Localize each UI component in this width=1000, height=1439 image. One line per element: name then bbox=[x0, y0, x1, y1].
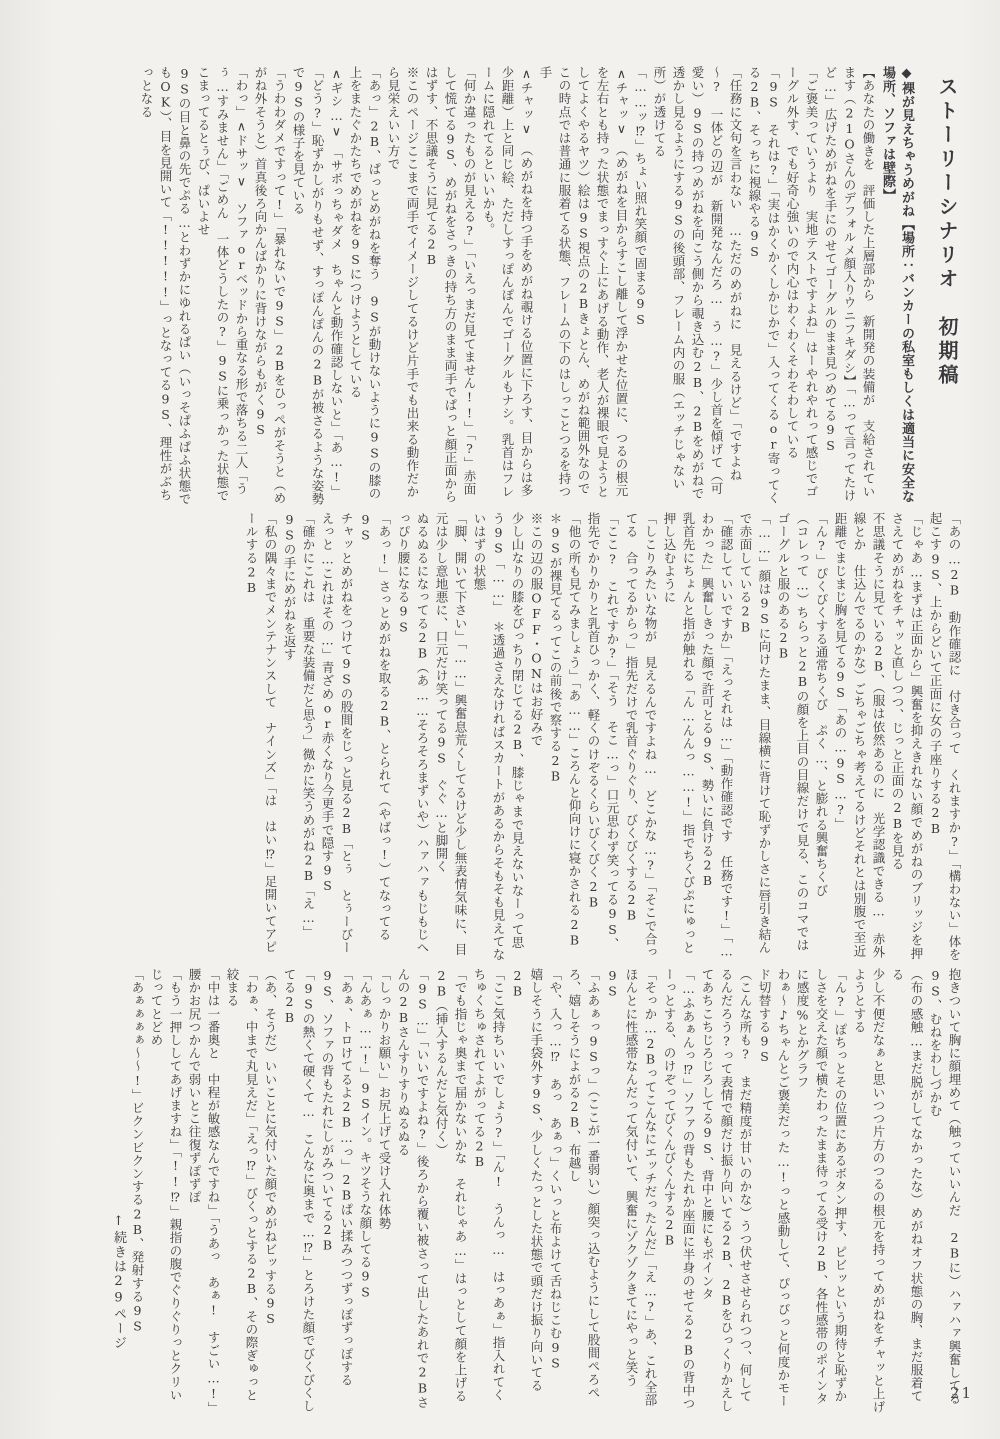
paragraph: 「あの…2B 動作確認に 付き合って くれますか?」「構わない」体を起こす9S、… bbox=[926, 512, 964, 962]
continuation-note: ↑続きは29ページ bbox=[109, 968, 128, 1414]
paragraph: 【あなたの働きを 評価した上層部から 新開発の装備が 支給されています（21Oさ… bbox=[821, 66, 878, 506]
paragraph: 少し不便だなぁと思いつつ片方のつるの根元を持ってめがねをチャッと上げようとする bbox=[850, 968, 888, 1414]
paragraph: 「あぁぁぁぁ～～!」ビクンビクンする2B、発射する9S bbox=[128, 968, 147, 1414]
text-band-1: ストーリーシナリオ 初期稿 ◆裸が見えちゃうめがね【場所：バンカーの私室もしくは… bbox=[72, 66, 964, 506]
paragraph: 嬉しそうに手袋外す9S、少しくたっとした状態で頭だけ振り向いてる2B bbox=[508, 968, 546, 1414]
paragraph: 「どう?」恥ずかしがりもせず、すっぽんぽんの2Bが被さるような姿勢で9Sの様子を… bbox=[289, 66, 327, 506]
page-number: 21 bbox=[950, 1384, 973, 1402]
paragraph: 「や、入っ…⁉ あっ あぁっ」くいっと布よけて舌ねじこむ9S bbox=[546, 968, 565, 1414]
paragraph: 「確認していいですか」「えっそれは…」「動作確認です 任務です!」「…わかった」… bbox=[698, 512, 736, 962]
paragraph: ※この辺の服OFF・ONはお好みで bbox=[527, 512, 546, 962]
paragraph: 「わっ」∧ドサッ∨ ソファorベッドから重なる形で落ちる二人「うぅ…すみません」… bbox=[194, 66, 251, 506]
paragraph: 「他の所も見てみましょう」「あ……」ころんと仰向けに寝かされる2B ＊9Sが裸見… bbox=[546, 512, 584, 962]
paragraph: 「9S それは?」「実はかくかくしかじかで」入ってくるor寄ってくる2B、そっち… bbox=[745, 66, 783, 506]
paragraph: 「もう一押ししてあげますね」「!!⁉」親指の腹でぐりぐりっとクリいじってとどめ bbox=[147, 968, 185, 1414]
paragraph: 「9S…」「いいですよね?」後ろから覆い被さって出したあれで2Bさんの2Bさんす… bbox=[394, 968, 432, 1414]
paragraph: 「……」顔は9Sに向けたまま、目線横に背けて恥ずかしさに唇引き結んで赤面している… bbox=[736, 512, 774, 962]
paragraph: 「でも指じゃ奥まで届かないかな それじゃあ…」はっとして顔を上げる2B（挿入する… bbox=[432, 968, 470, 1414]
document-page: ストーリーシナリオ 初期稿 ◆裸が見えちゃうめがね【場所：バンカーの私室もしくは… bbox=[0, 0, 1000, 1439]
paragraph: 「確かにこれは 重要な装備だと思う」微かに笑うめがね2B「え…」9Sの手にめがね… bbox=[280, 512, 318, 962]
paragraph: 「しこりみたいな物が 見えるんですよね… どこかな…?」「そこで合ってる 合って… bbox=[622, 512, 660, 962]
paragraph: 「そっか…2Bってこんなにエッチだったんだ」「え…?」あ、これ全部ほんとに性感帯… bbox=[603, 968, 660, 1414]
paragraph: ∧チャッ∨ （めがねを持つ手をめがね覗ける位置に下ろす、目からは多少距離）上と同… bbox=[479, 66, 536, 506]
text-band-2: 「あの…2B 動作確認に 付き合って くれますか?」「構わない」体を起こす9S、… bbox=[72, 512, 964, 962]
paragraph: わぁ～♪ちゃんとご褒美だった…!っと感動して、ぴっぴっと何度かモード切替する9S bbox=[755, 968, 793, 1414]
paragraph: （こんな所も? まだ精度が甘いのかな）うつ伏せさせられつつ、何してるんだろう?っ… bbox=[698, 968, 755, 1414]
paragraph: （布の感触…まだ脱がしてなかったな）めがねオフ状態の胸、まだ服着てる bbox=[888, 968, 926, 1414]
text-band-3: 抱きついて胸に顔埋めて（触っていいんだ 2Bに）ハァハァ興奮してる9S、むねをわ… bbox=[54, 968, 964, 1414]
paragraph: 「ふあぁっ9Sっ」（ここが一番弱い）顔突っ込むようにして股間ぺろぺろ、嬉しそうに… bbox=[565, 968, 603, 1414]
paragraph: 「ご褒美っていうより 実地テストですよね」はーやれやれって感じでゴーグル外す、で… bbox=[783, 66, 821, 506]
paragraph: 「うわわダメですって!」「暴れないで9S」2Bをひっぺがそうと（めがね外そうと）… bbox=[251, 66, 289, 506]
paragraph: 「9Sの熱くて硬くて… こんなに奥まで…⁉」とろけた顔でびくびくしてる2B bbox=[280, 968, 318, 1414]
paragraph: （コレって…）ちらっと2Bの顔を上目の目線だけで見る、このコマではゴーグルと服の… bbox=[774, 512, 812, 962]
paragraph: 少し山なりの膝をぴっちり閉じてる2B、膝じゃまで見えないなーって思う9S「……」… bbox=[470, 512, 527, 962]
paragraph: 「ここ気持ちいいでしょう?」「ん! うんっ… はっあぁ」指入れてくちゅくちゅされ… bbox=[470, 968, 508, 1414]
paragraph: チャッとめがねをつけて9Sの股間をじっと見る2B「とぅ とぅーびー えっと…これ… bbox=[318, 512, 356, 962]
paragraph: 「脚、開いて下さい」「……」興奮息荒くしてるけど少し無表情気味に、目元は少し意地… bbox=[432, 512, 470, 962]
paragraph: 不思議そうに見ている2B、（服は依然あるのに 光学認識できる… 赤外線とか 仕込… bbox=[831, 512, 888, 962]
page-title: ストーリーシナリオ 初期稿 bbox=[930, 66, 964, 506]
paragraph: 「…ふあぁんっ⁉」ソファの背もたれか座面に半身のせてる2Bの背中つーっとする、の… bbox=[660, 968, 698, 1414]
section-subtitle: ◆裸が見えちゃうめがね【場所：バンカーの私室もしくは適当に安全な場所、ソファは壁… bbox=[878, 66, 916, 506]
paragraph: 「あっ!」さっとめがねを取る2B、とられて（やばっ!）てなってる9S bbox=[356, 512, 394, 962]
paragraph: 「中は一番奥と 中程が敏感なんですね」「うあっ あぁ! すごい…!」腰かお尻つか… bbox=[185, 968, 223, 1414]
paragraph: （あ、そうだ）いいことに気付いた顔でめがねビッする9S bbox=[261, 968, 280, 1414]
paragraph: 抱きついて胸に顔埋めて（触っていいんだ 2Bに）ハァハァ興奮してる9S、むねをわ… bbox=[926, 968, 964, 1414]
paragraph: ∧チャッ∨ （めがねを目からすこし離して浮かせた位置に、つるの根元を左右とも持っ… bbox=[536, 66, 631, 506]
paragraph: 9Sの目と鼻の先でぷる…とわずかにゆれるぱい（いっそぱふぱふ状態でもOK）、目を… bbox=[137, 66, 194, 506]
paragraph: ぬるぬるになってる2B（あ……そろそろまずいや）ハァハァもじもじへっぴり腰になる… bbox=[394, 512, 432, 962]
paragraph: 「んあぁ……!」9Sイン。キツそうな顔してる9S bbox=[356, 968, 375, 1414]
paragraph: 「ここ? これですか?」「そう そこ…っ」口元思わず笑ってる9S、指先でかりかり… bbox=[584, 512, 622, 962]
paragraph: 「任務に文句を言わない …ただのめがねに 見えるけど」「ですよね～? 一体どの辺… bbox=[650, 66, 745, 506]
paragraph: 乳首先にちょんと指が触れる「ん…んんっ……!」指でちくびぷにゅっと押し込むように bbox=[660, 512, 698, 962]
paragraph: 「じゃあ…まずは正面から」興奮を抑えきれない顔でめがねのブリッジを押さえてめがね… bbox=[888, 512, 926, 962]
paragraph: 「ん?」ぽちっとその位置にあるボタン押す、ピビッという期待と恥ずかしさを交えた顔… bbox=[793, 968, 850, 1414]
paragraph: 「わぁ、中まで丸見えだ」「えっ⁉」びくっとする2B、その際ぎゅっと絞まる bbox=[223, 968, 261, 1414]
paragraph: 「……ッ⁉」ちょい照れ笑顔で固まる9S bbox=[631, 66, 650, 506]
paragraph: 「何か違ったものが見える?」「いえっまだ見てません!!」「?」赤面して慌てる9S… bbox=[422, 66, 479, 506]
paragraph: ※このページここまで両手でイメージしてるけど片手でも出来る動作だから見栄えいい方… bbox=[384, 66, 422, 506]
paragraph: ∧ギシ…∨ 「サボっちゃダメ ちゃんと動作確認しないと」「あ…!」 bbox=[327, 66, 346, 506]
paragraph: 「私の隅々までメンテナンスして ナインズ」「は はい⁉」足開いてアピールする2B bbox=[242, 512, 280, 962]
paragraph: 「あっ」2B、ぱっとめがねを奪う 9Sが動けないように9Sの膝の上をまたぐかたち… bbox=[346, 66, 384, 506]
paragraph: 「ん?」ぴくぴくする通常ちくび ぷく…、と膨れる興奮ちくび bbox=[812, 512, 831, 962]
paragraph: 「あぁ、トロけてるよ2B…っ」2Bぱい揉みつつずっぽずっぽする9S、ソファの背も… bbox=[318, 968, 356, 1414]
paragraph: 「しっかりお願い」お尻上げて受け入れ体勢 bbox=[375, 968, 394, 1414]
